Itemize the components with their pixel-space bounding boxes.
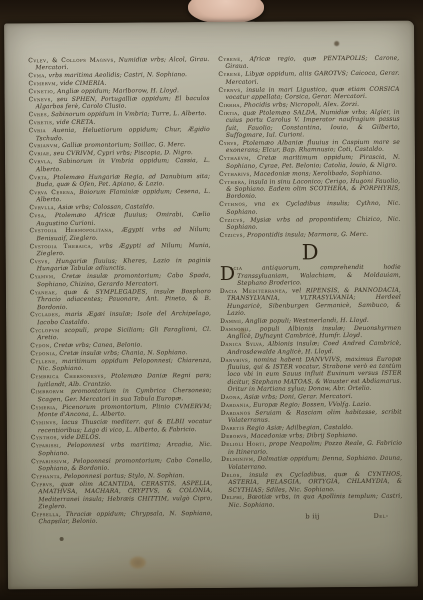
dictionary-entry: Cyrene, Libyæ oppidum, aliis GAROTVS; Ca… <box>218 70 399 86</box>
entry-headword: Delphi <box>221 494 242 501</box>
entry-headword: Delos <box>221 472 240 479</box>
entry-headword: Dardanos <box>221 410 251 417</box>
dictionary-entry: Dacia antiquorum, comprehendit hodie Tra… <box>220 264 401 287</box>
entry-headword: Cyclades <box>30 311 58 318</box>
right-column: Cyrene, Africæ regio, quæ PENTAPOLIS; Ca… <box>218 55 402 542</box>
entry-body: , Sabinorum oppidum in Vmbria; Turre, L.… <box>47 110 206 118</box>
entry-body: , Macedoniæ vrbs; Dibrij Sophiano. <box>247 432 358 440</box>
entry-headword: Cirrha <box>219 102 240 109</box>
entry-headword: Dacia Mediterranea <box>220 287 286 294</box>
entry-body: , Bœotiæ vrbs, in qua Apollinis templum;… <box>228 493 402 509</box>
signature-mark: b iij <box>305 512 319 520</box>
entry-body: , quæ & SYMPLEGADES, insulæ Bosphoro Thr… <box>37 288 211 311</box>
dictionary-entry: Cyrene, Africæ regio, quæ PENTAPOLIS; Ca… <box>218 55 399 71</box>
dictionary-entry: Cymeria, Picenorum promontorium, Plinio … <box>31 403 212 419</box>
dictionary-entry: Cyclopvm scopuli, prope Siciliam; Gli Fa… <box>30 326 211 342</box>
entry-headword: Delminivm <box>221 456 253 463</box>
dictionary-entry: Delioli Horti, prope Neapolim; Pozzo Rea… <box>221 440 402 456</box>
entry-body: , Peloponnesi vrbs maritima; Arcadia, Ni… <box>38 441 212 457</box>
entry-body: antiquorum, comprehendit hodie Transsylu… <box>237 264 401 287</box>
dictionary-entry: Cvria Auenia, Heluetiorum oppidum; Chur,… <box>29 126 210 142</box>
dictionary-entry: Cimbrorvm promontorium in Cymbrica Chers… <box>31 387 212 403</box>
entry-headword: Damnii <box>220 318 241 325</box>
entry-headword: Cvrvla <box>29 158 51 165</box>
dictionary-entry: Cyrnvs, insula in mari Ligustico, quæ et… <box>218 85 399 101</box>
dictionary-entry: Cvrta, Ptolemæo Hungariæ Regia, ad Danub… <box>29 173 210 189</box>
entry-body: , nomina habent DANVVIVS, maximus Europæ… <box>227 355 401 393</box>
entry-headword: Cythera <box>219 178 244 185</box>
entry-body: , Africæ regio, quæ PENTAPOLIS; Carone, … <box>225 55 399 71</box>
dictionary-entry: Cvrvla, Sabinorum in Vmbria oppidum; Cas… <box>29 157 210 173</box>
entry-headword: Cymeria <box>31 404 56 411</box>
left-column: Cvlev, & Collops Magnvs, Numidiæ vrbs; A… <box>28 56 212 543</box>
entry-headword: Cvsvs <box>30 258 48 265</box>
dictionary-entry: Cvres, Sabinorum oppidum in Vmbria; Turr… <box>29 110 210 119</box>
dictionary-entry: Cyclades, maris Ægæi insulæ; Isole del A… <box>30 310 211 326</box>
entry-headword: Cvnetio <box>28 88 53 95</box>
entry-body: , Phocidis vrbs; Nicropoli, Alex. Zorzi. <box>240 101 359 109</box>
entry-body: , Peloponnesi portus; Stylo, N. Sophian. <box>60 472 185 480</box>
dictionary-entry: Cvrva Cesena, Boiorum Flaminiæ oppidum; … <box>29 188 210 204</box>
dictionary-entry: Cvnevs, seu SPHEN, Portugalliæ oppidum; … <box>29 95 210 111</box>
dictionary-entry: Delminivm, Dalmatiæ oppidum; Denna, Soph… <box>221 455 402 471</box>
entry-headword: Cyrnvs <box>218 86 240 93</box>
entry-headword: Cirtia <box>219 110 238 117</box>
entry-body: , quæ olim ACANTIDA, CERASTIS, ASPELIA, … <box>38 480 212 510</box>
entry-headword: Cydon <box>30 342 50 349</box>
entry-body: , Ptolemæo Albaniæ fluuius in Caspium ma… <box>226 139 400 155</box>
entry-body: , insula ex Cycladibus, quæ & CYNTHOS, A… <box>228 470 402 493</box>
entry-headword: Cyminvs <box>31 419 56 426</box>
entry-headword: Cvnevs <box>29 96 51 103</box>
dictionary-entry: Cyparissi, Peloponnesi vrbs maritima; Ar… <box>31 441 212 457</box>
entry-body: , lacus Thusciæ mediterr. qui & ELBII vo… <box>38 418 212 434</box>
entry-body: , Ptolemæo Africæ fluuius; Omirabi, Cæli… <box>36 211 210 227</box>
entry-headword: Cvretis <box>29 119 53 126</box>
entry-body: Auenia, Heluetiorum oppidum; Chur, Ægidi… <box>36 126 210 142</box>
dictionary-entry: Cymbrica Chersonesvs, Ptolemæo Daniæ Reg… <box>30 372 211 388</box>
text-block: Cvlev, & Collops Magnvs, Numidiæ vrbs; A… <box>28 55 404 582</box>
entry-headword: Daona <box>221 394 241 401</box>
entry-body: , Thraciæ oppidum; Chrypsala, N. Sophian… <box>38 510 212 526</box>
dictionary-entry: Cyprvs, quæ olim ACANTIDA, CERASTIS, ASP… <box>31 480 212 511</box>
entry-headword: Cyrvs <box>219 140 237 147</box>
entry-body: Seruiam & Rasciam olim habitasse, scribi… <box>228 409 402 425</box>
entry-body: , vide DELOS. <box>57 434 101 441</box>
entry-body: , Asiæ vrbs; Colossan, Castaldo. <box>54 204 155 212</box>
entry-body: , vna ex Cycladibus insulis; Cythno, Nic… <box>226 200 400 216</box>
entry-headword: Cypsella <box>31 511 58 518</box>
dictionary-entry: Cyzicvs, Mysiæ vrbs ad propontidem; Chiz… <box>219 215 400 231</box>
dictionary-entry: Cvstodia Hermopolitana, Ægypti vrbs ad N… <box>29 226 210 242</box>
entry-headword: Danvbivs <box>220 356 248 363</box>
entry-body: , seu CVRIVM, Cypri vrbs; Piscopia, D. N… <box>50 149 193 157</box>
dictionary-entry: Delphi, Bœotiæ vrbs, in qua Apollinis te… <box>221 493 402 509</box>
dictionary-entry: Cyaneae, quæ & SYMPLEGADES, insulæ Bosph… <box>30 288 211 311</box>
entry-body: , Cretæ insulæ promontorium; Cabo Spada,… <box>37 272 211 288</box>
dictionary-entry: Danica Sylva, Albionis insulæ; Coed Andr… <box>220 340 401 356</box>
dictionary-entry: Cythaevm, Cretæ maritimum oppidum; Piras… <box>219 154 400 170</box>
entry-headword: Cythaevm <box>219 155 249 162</box>
dictionary-entry: Cvsa, Ptolemæo Africæ fluuius; Omirabi, … <box>29 211 210 227</box>
dictionary-entry: Cythnos, vna ex Cycladibus insulis; Cyth… <box>219 200 400 216</box>
entry-body: , Hungariæ fluuius; Kheres, Lazio in pag… <box>37 257 211 273</box>
entry-headword: Cvres <box>29 111 47 118</box>
entry-headword: Cydonia <box>30 350 55 357</box>
entry-body: , Libyæ oppidum, aliis GAROTVS; Caicoca,… <box>225 70 399 86</box>
entry-headword: Cyzicvs <box>219 232 242 239</box>
entry-body: , Dalmatiæ oppidum; Denna, Sophiano. Dau… <box>228 455 402 471</box>
entry-headword: Cvria <box>29 127 46 134</box>
entry-body: , Ptolemæo Hungariæ Regia, ad Danubium s… <box>36 173 210 189</box>
dictionary-entry: Cyparissivm, Peloponnesi promontorium; C… <box>31 457 212 473</box>
dictionary-entry: Cyzicvs, Propontidis insula; Marmora, G.… <box>219 231 400 240</box>
entry-headword: Cvma <box>28 72 44 79</box>
dictionary-entry: Dardanos Seruiam & Rasciam olim habitass… <box>221 409 402 425</box>
dictionary-entry: Cvma, vrbs maritima Aeolidis; Castri, N.… <box>28 71 209 80</box>
dictionary-entry: Delos, insula ex Cycladibus, quæ & CYNTH… <box>221 470 402 493</box>
dictionary-entry: Cyminvs, lacus Thusciæ mediterr. qui & E… <box>31 418 212 434</box>
dictionary-entry: Cyamvm, Cretæ insulæ promontorium; Cabo … <box>30 272 211 288</box>
entry-body: , vide CIMERIA. <box>56 80 107 87</box>
dictionary-entry: Cyrvs, Ptolemæo Albaniæ fluuius in Caspi… <box>219 139 400 155</box>
entry-headword: Cythnos <box>219 201 245 208</box>
entry-body: Regio Asiæ; Adilbegian, Castaldo. <box>245 424 353 432</box>
catchword: Del- <box>374 512 389 520</box>
entry-headword: Dardania <box>221 402 249 409</box>
entry-headword: Cyparissivm <box>31 458 67 465</box>
entry-headword: Delioli Horti <box>221 441 265 448</box>
entry-body: , vide CRETA. <box>52 119 95 126</box>
entry-body: , Angliæ populi; Westmerlandi, H. Lloyd. <box>241 317 369 325</box>
finger <box>188 0 264 24</box>
dictionary-entry: Cyllene, maritimum oppidum Peloponnesi; … <box>30 357 211 373</box>
book-page: Cvlev, & Collops Magnvs, Numidiæ vrbs; A… <box>4 21 418 590</box>
dictionary-entry: Danvbivs, nomina habent DANVVIVS, maximu… <box>220 355 401 393</box>
entry-headword: Cvrva Cesena <box>29 189 73 196</box>
dictionary-entry: Cvlev, & Collops Magnvs, Numidiæ vrbs; A… <box>28 56 209 72</box>
entry-headword: Cimbrorvm <box>31 388 64 395</box>
entry-headword: Cyphanta <box>31 473 60 480</box>
entry-headword: Cymbrica Chersonesvs <box>30 373 104 381</box>
entry-body: , Angliæ oppidum; Marlborow, H. Lloyd. <box>53 87 179 95</box>
entry-body: , Europæ Regio; Bossen, VVolfg. Lazio. <box>249 401 371 409</box>
entry-body: , Asiæ vrbs; Doni, Gerar. Mercatori. <box>240 393 352 401</box>
entry-headword: Cvstodia Hermopolitana <box>29 227 111 235</box>
entry-headword: Cyllene <box>30 358 55 365</box>
section-initial-D: D <box>220 241 401 264</box>
dictionary-entry: Cythera, insula in sinu Laconico; Cerigo… <box>219 177 400 200</box>
entry-headword: Cyrene <box>218 56 240 63</box>
dictionary-entry: Damnonii, populi Albionis insulæ; Deuons… <box>220 325 401 341</box>
entry-headword: Cyprvs <box>31 481 52 488</box>
entry-body: , maritimum oppidum Peloponnesi; Chiaren… <box>37 357 211 373</box>
entry-headword: Cyamvm <box>30 273 54 280</box>
dictionary-entry: Cvsvs, Hungariæ fluuius; Kheres, Lazio i… <box>30 257 211 273</box>
stain <box>334 41 339 46</box>
photo-background: Cvlev, & Collops Magnvs, Numidiæ vrbs; A… <box>0 0 423 600</box>
entry-body: , maris Ægæi insulæ; Isole del Archipela… <box>37 310 211 326</box>
entry-headword: acia <box>230 265 242 272</box>
entry-body: , Mysiæ vrbs ad propontidem; Chizico, Ni… <box>226 215 400 231</box>
entry-headword: Cvsa <box>29 212 44 219</box>
entry-body: , Picenorum promontorium, Plinio CVMERVM… <box>38 403 212 419</box>
entry-headword: Cvrta <box>29 174 47 181</box>
entry-body: , populi Albionis insulæ; Deuonshyrmen A… <box>227 325 401 341</box>
entry-headword: Cvrianvm <box>29 143 58 150</box>
entry-headword: Cvmervm <box>28 80 56 87</box>
entry-body: promontorium in Cymbrica Chersoneso; Sca… <box>38 387 212 403</box>
entry-body: , insula in mari Ligustico, quæ etiam CO… <box>226 85 400 101</box>
entry-headword: Deborvs <box>221 433 247 440</box>
entry-headword: Cvriae <box>29 150 50 157</box>
entry-body: scopuli, prope Siciliam; Gli Faraglioni,… <box>37 326 211 342</box>
entry-body: , insula in sinu Laconico; Cerigo, Hugon… <box>226 177 400 200</box>
entry-headword: Cvlev, & Collops Magnvs <box>28 57 113 65</box>
entry-headword: Cyaneae <box>30 289 55 296</box>
entry-headword: Cyrene <box>218 71 240 78</box>
dictionary-entry: Dacia Mediterranea, vel RIPENSIS, & PANN… <box>220 287 401 318</box>
entry-headword: Cyclopvm <box>30 327 59 334</box>
entry-headword: Cytharivs <box>219 170 250 177</box>
entry-body: , Sabinorum in Vmbria oppidum; Cassia, L… <box>36 157 210 173</box>
entry-body: , quæ Ptolemæo SALDA, Numidiæ vrbs; Algi… <box>226 109 400 139</box>
entry-body: , Macedoniæ mons; Xerolibado, Sophiano. <box>250 169 382 177</box>
entry-body: , Cretæ maritimum oppidum; Pirascia, N. … <box>226 154 400 170</box>
entry-headword: Cvrvlla <box>29 204 54 211</box>
entry-body: , Propontidis insula; Marmora, G. Merc. <box>243 231 368 239</box>
entry-body: , vrbs maritima Aeolidis; Castri, N. Sop… <box>45 71 187 79</box>
dictionary-entry: Cirtia, quæ Ptolemæo SALDA, Numidiæ vrbs… <box>219 109 400 140</box>
entry-headword: Damnonii <box>220 326 249 333</box>
entry-body: , Galliæ promontorium; Soillac, G. Merc. <box>58 142 186 150</box>
entry-headword: Cyzicvs <box>219 216 242 223</box>
entry-headword: Daretis <box>221 425 245 432</box>
entry-headword: Danica Sylva <box>220 341 262 348</box>
page-footer: b iijDel- <box>221 512 402 521</box>
entry-headword: Cynthos <box>31 434 57 441</box>
entry-body: , Cretæ insulæ vrbs; Chania, N. Sophiano… <box>55 349 187 357</box>
dictionary-entry: Cvstodia Thebaica, vrbs Ægypti ad Nilum;… <box>30 242 211 258</box>
entry-body: , Cretæ vrbs; Canea, Belonio. <box>50 342 142 350</box>
entry-body: , seu SPHEN, Portugalliæ oppidum; El bac… <box>36 95 210 111</box>
entry-headword: Cvstodia Thebaica <box>30 243 91 250</box>
entry-headword: Cyparissi <box>31 442 59 449</box>
dictionary-entry: Cypsella, Thraciæ oppidum; Chrypsala, N.… <box>31 510 212 526</box>
